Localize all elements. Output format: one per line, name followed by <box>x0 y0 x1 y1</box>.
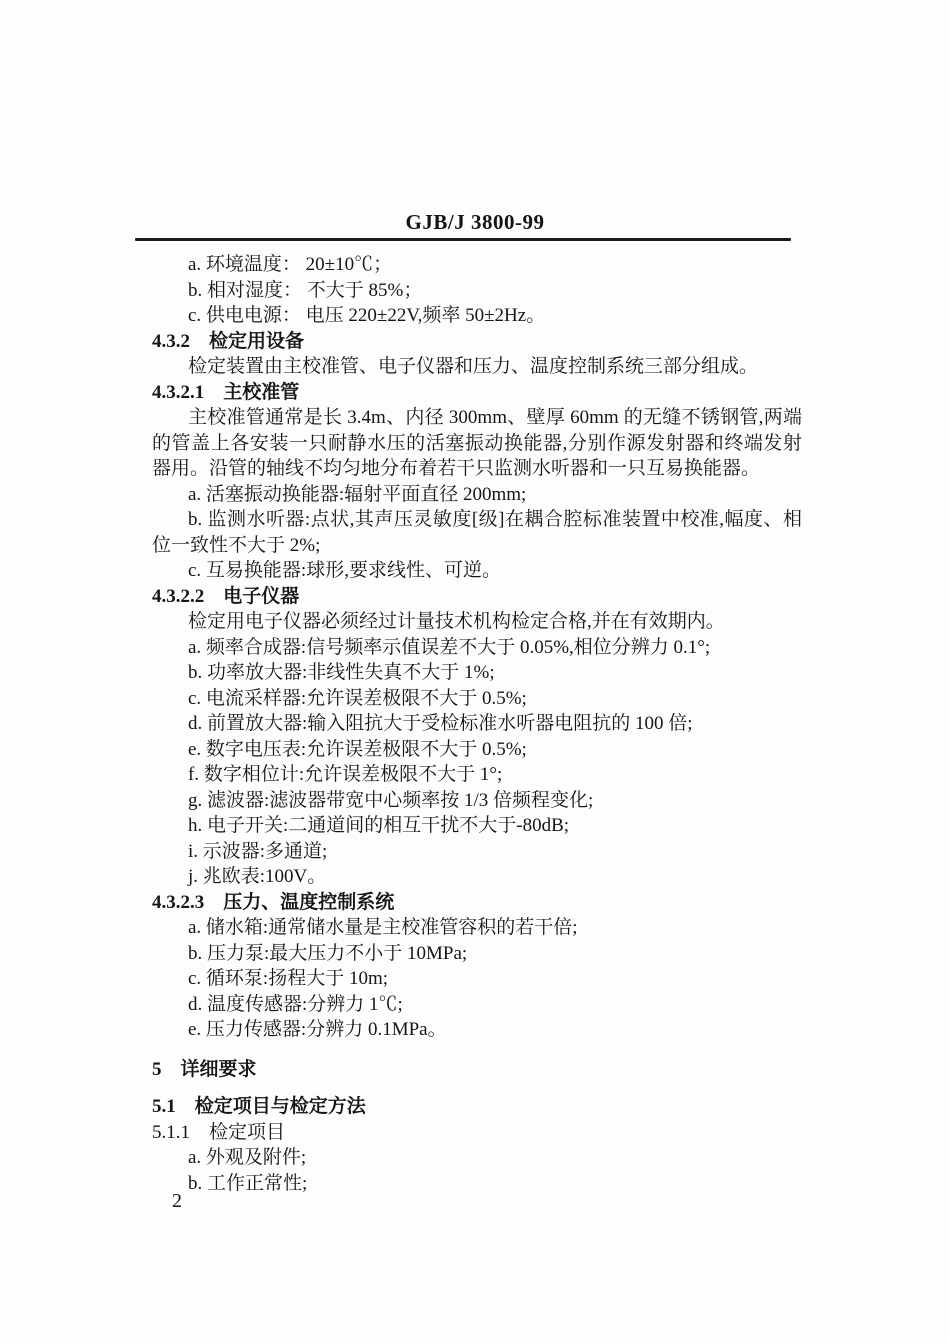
list-item: b. 工作正常性; <box>152 1171 802 1197</box>
document-page: GJB/J 3800-99 a. 环境温度： 20±10℃； b. 相对湿度： … <box>0 0 950 1343</box>
section-4-3-2-intro: 检定装置由主校准管、电子仪器和压力、温度控制系统三部分组成。 <box>152 354 802 380</box>
list-item: a. 频率合成器:信号频率示值误差不大于 0.05%,相位分辨力 0.1°; <box>152 635 802 661</box>
list-item: a. 活塞振动换能器:辐射平面直径 200mm; <box>152 482 802 508</box>
section-heading-5-1: 5.1 检定项目与检定方法 <box>152 1094 802 1120</box>
list-item: b. 压力泵:最大压力不小于 10MPa; <box>152 941 802 967</box>
list-item: d. 前置放大器:输入阻抗大于受检标准水听器电阻抗的 100 倍; <box>152 711 802 737</box>
list-item: a. 外观及附件; <box>152 1145 802 1171</box>
list-item: b. 功率放大器:非线性失真不大于 1%; <box>152 660 802 686</box>
list-item: e. 数字电压表:允许误差极限不大于 0.5%; <box>152 737 802 763</box>
list-item: d. 温度传感器:分辨力 1℃; <box>152 992 802 1018</box>
page-number: 2 <box>172 1190 182 1213</box>
env-condition-item: a. 环境温度： 20±10℃； <box>152 252 802 278</box>
section-heading-4-3-2-2: 4.3.2.2 电子仪器 <box>152 584 802 610</box>
list-item: h. 电子开关:二通道间的相互干扰不大于-80dB; <box>152 813 802 839</box>
list-item: a. 储水箱:通常储水量是主校准管容积的若干倍; <box>152 915 802 941</box>
section-4-3-2-2-intro: 检定用电子仪器必须经过计量技术机构检定合格,并在有效期内。 <box>152 609 802 635</box>
header-rule <box>135 238 791 241</box>
list-item: b. 监测水听器:点状,其声压灵敏度[级]在耦合腔标准装置中校准,幅度、相位一致… <box>152 507 802 558</box>
section-4-3-2-1-paragraph: 主校准管通常是长 3.4m、内径 300mm、壁厚 60mm 的无缝不锈钢管,两… <box>152 405 802 482</box>
list-item: c. 循环泵:扬程大于 10m; <box>152 966 802 992</box>
list-item: c. 电流采样器:允许误差极限不大于 0.5%; <box>152 686 802 712</box>
env-condition-item: b. 相对湿度： 不大于 85%； <box>152 278 802 304</box>
document-body: a. 环境温度： 20±10℃； b. 相对湿度： 不大于 85%； c. 供电… <box>152 252 802 1196</box>
list-item: j. 兆欧表:100V。 <box>152 864 802 890</box>
list-item: e. 压力传感器:分辨力 0.1MPa。 <box>152 1017 802 1043</box>
section-heading-4-3-2: 4.3.2 检定用设备 <box>152 329 802 355</box>
section-heading-5: 5 详细要求 <box>152 1057 802 1083</box>
list-item: i. 示波器:多通道; <box>152 839 802 865</box>
section-heading-5-1-1: 5.1.1 检定项目 <box>152 1120 802 1146</box>
section-heading-4-3-2-3: 4.3.2.3 压力、温度控制系统 <box>152 890 802 916</box>
section-heading-4-3-2-1: 4.3.2.1 主校准管 <box>152 380 802 406</box>
env-condition-item: c. 供电电源： 电压 220±22V,频率 50±2Hz。 <box>152 303 802 329</box>
standard-number-header: GJB/J 3800-99 <box>0 210 950 235</box>
list-item: f. 数字相位计:允许误差极限不大于 1°; <box>152 762 802 788</box>
list-item: g. 滤波器:滤波器带宽中心频率按 1/3 倍频程变化; <box>152 788 802 814</box>
list-item: c. 互易换能器:球形,要求线性、可逆。 <box>152 558 802 584</box>
